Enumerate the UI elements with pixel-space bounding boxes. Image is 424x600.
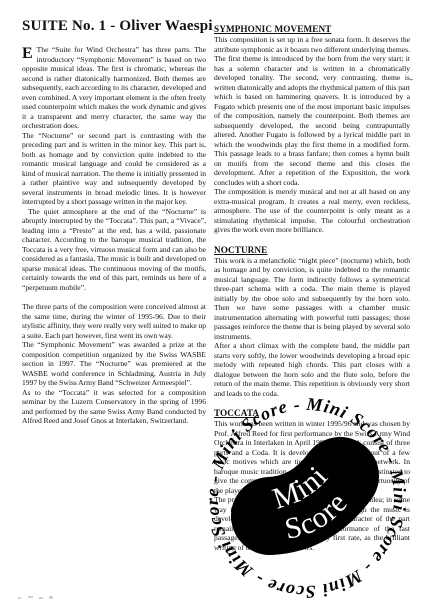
margin-tick-mark: - [410, 74, 413, 84]
scan-speck [28, 596, 33, 598]
paragraph: The present work responds in a certain w… [214, 495, 410, 552]
scan-speck [49, 596, 53, 599]
paragraph: EThe “Suite for Wind Orchestra” has thre… [22, 45, 206, 131]
page-title: SUITE No. 1 - Oliver Waespi [22, 18, 206, 35]
section-nocturne: NOCTURNE This work is a melancholic “nig… [214, 245, 410, 399]
paragraph: The three parts of the composition were … [22, 302, 206, 340]
scan-speck [39, 597, 43, 599]
paragraph-text: The “Suite for Wind Orchestra” has three… [22, 45, 206, 130]
paragraph: The “Nocturne” or second part is contras… [22, 131, 206, 207]
paragraph: This composition is set up in a free son… [214, 35, 410, 187]
paragraph: The quiet atmosphere at the end of the “… [22, 207, 206, 293]
section-heading: NOCTURNE [214, 245, 410, 255]
left-column: SUITE No. 1 - Oliver Waespi EThe “Suite … [22, 18, 206, 426]
scan-speck [18, 597, 21, 599]
paragraph: This work is a melancholic “night piece”… [214, 256, 410, 342]
section-symphonic-movement: SYMPHONIC MOVEMENT This composition is s… [214, 24, 410, 235]
score-notes-page: SUITE No. 1 - Oliver Waespi EThe “Suite … [0, 0, 424, 600]
paragraph: This work has been written in winter 199… [214, 419, 410, 495]
paragraph: After a short climax with the complete b… [214, 341, 410, 398]
paragraph: The “Symphonic Movement” was awarded a p… [22, 340, 206, 388]
paragraph: As to the “Toccata” it was selected for … [22, 388, 206, 426]
section-toccata: TOCCATA This work has been written in wi… [214, 408, 410, 552]
section-heading: TOCCATA [214, 408, 410, 418]
drop-cap: E [22, 46, 33, 61]
right-column: SYMPHONIC MOVEMENT This composition is s… [214, 24, 410, 552]
section-heading: SYMPHONIC MOVEMENT [214, 24, 410, 34]
paragraph: The composition is merely musical and no… [214, 187, 410, 235]
